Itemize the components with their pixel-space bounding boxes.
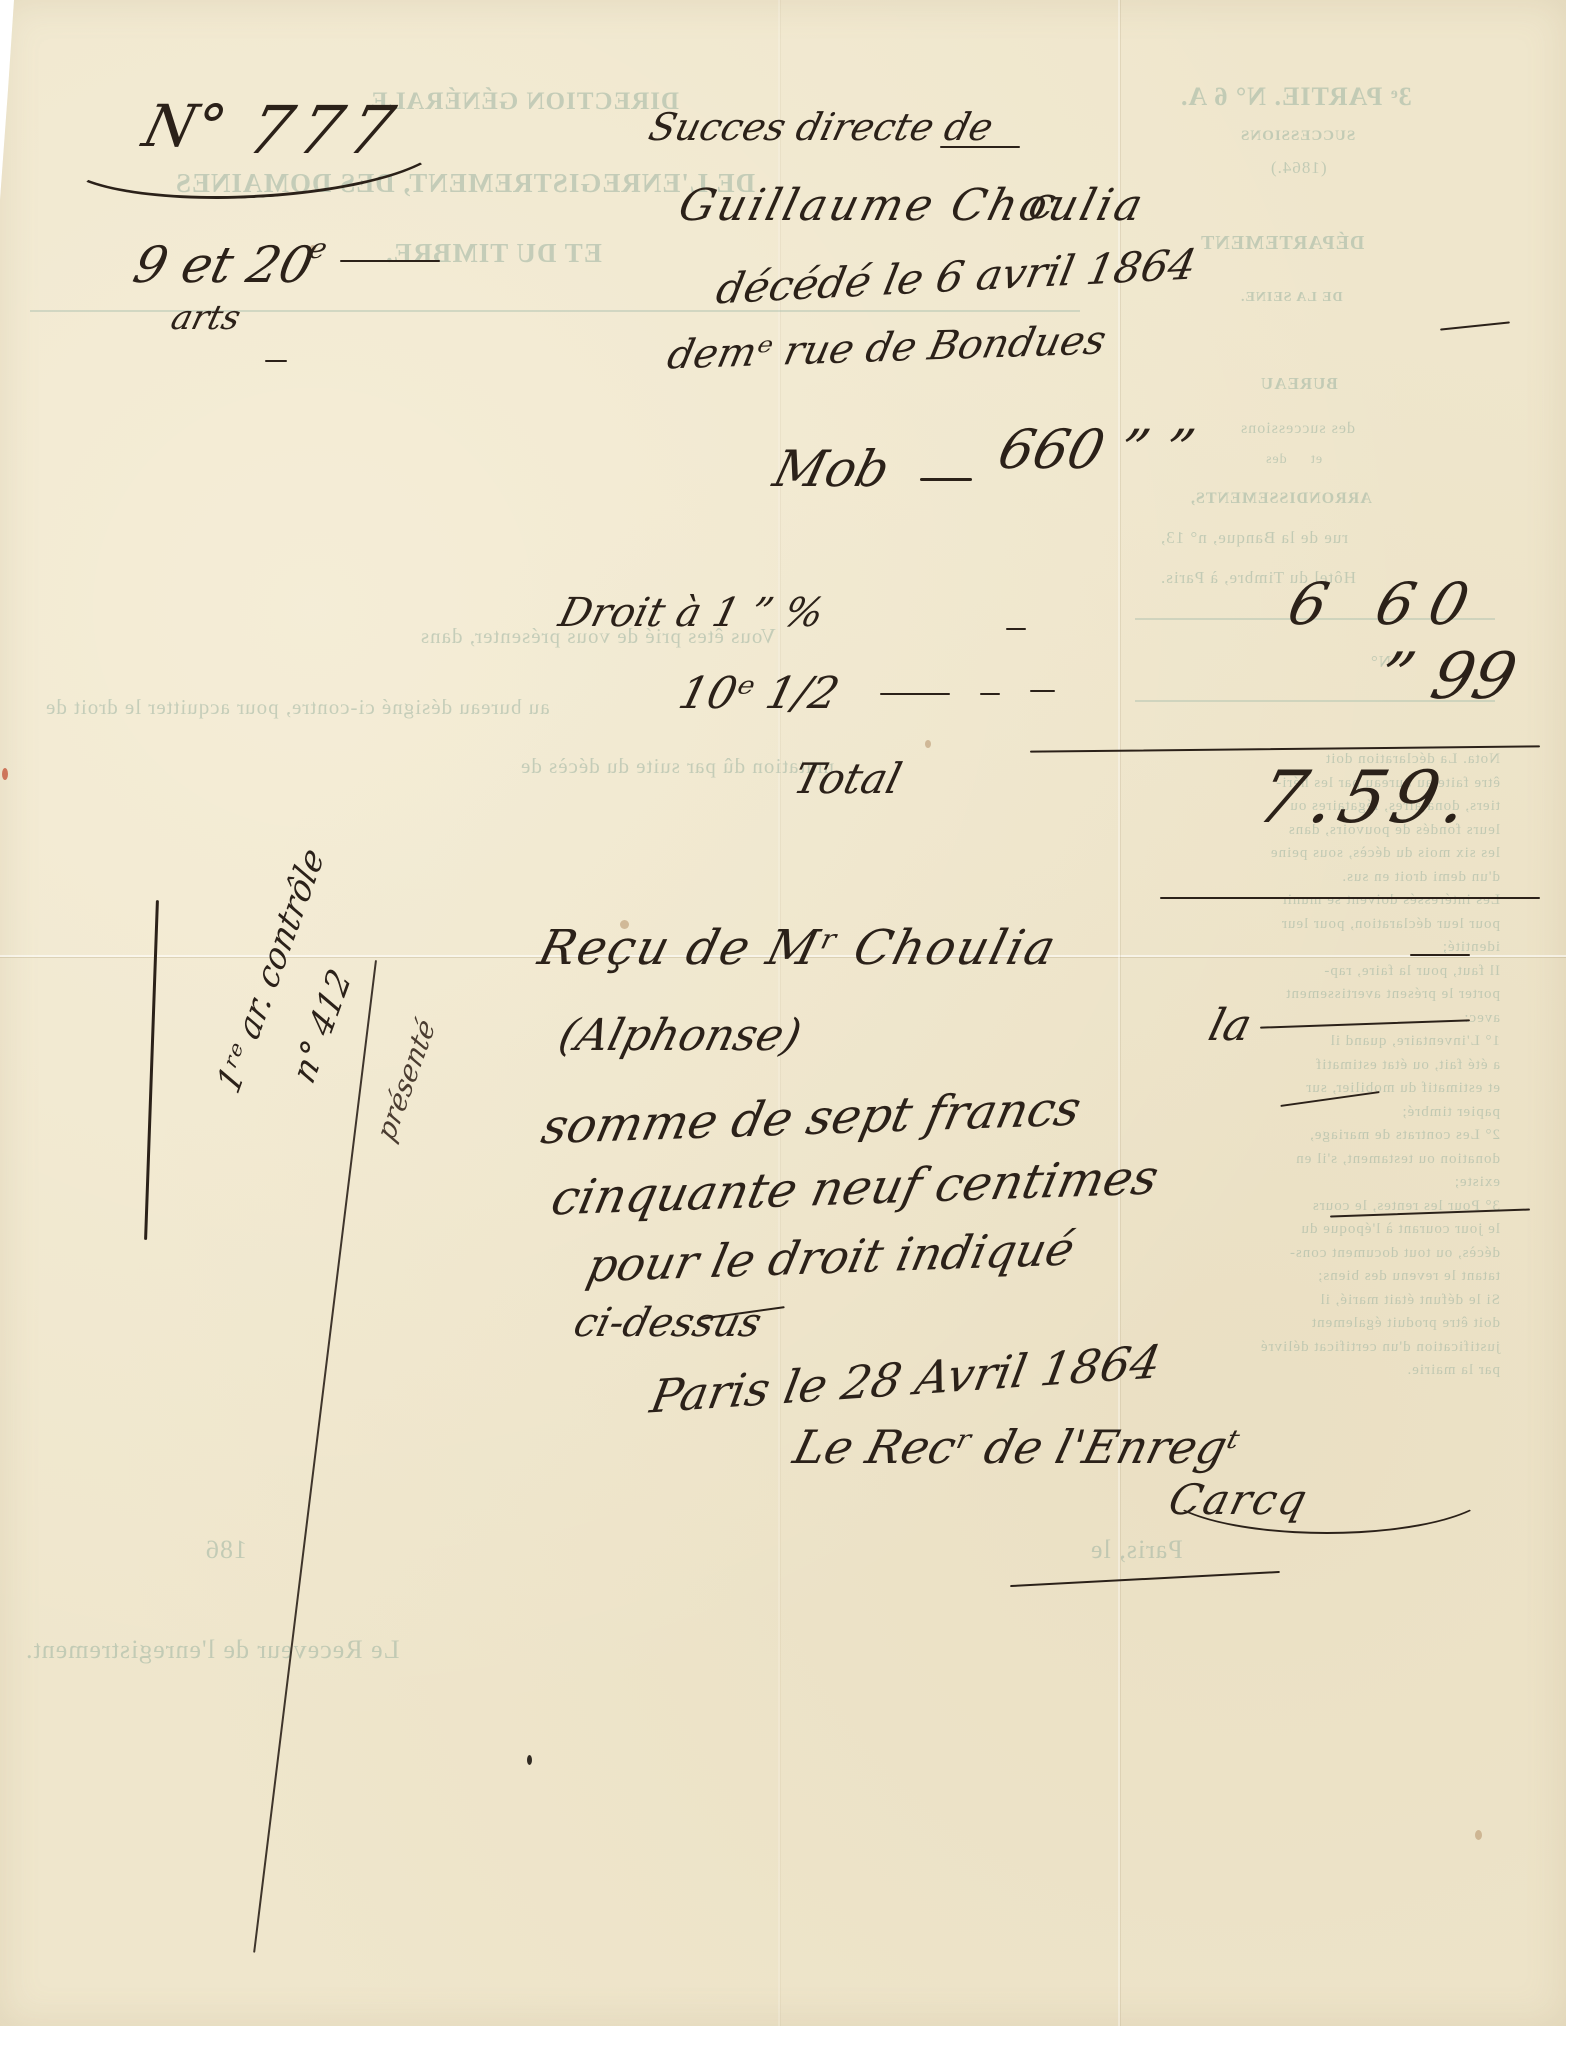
articles-underline — [265, 360, 287, 362]
bleed-note-line: le jour courant à l'époque du — [1125, 1218, 1500, 1242]
bleed-nota-text: Nota. La déclaration doit être faite au … — [1125, 748, 1500, 1383]
receipt-date: Paris le 28 Avril 1864 — [646, 1335, 1165, 1424]
signature-underline — [1010, 1571, 1280, 1587]
articles-unit: arts — [167, 298, 245, 338]
bleed-direction-generale: DIRECTION GÉNÉRALE — [370, 88, 679, 116]
bleed-nota-column: Nota. La déclaration doit être faite au … — [1125, 748, 1500, 1383]
bleed-seine: DE LA SEINE. — [1240, 290, 1343, 306]
heading-dash — [940, 146, 1020, 148]
bleed-des: des — [1265, 452, 1287, 468]
bleed-timbre: ET DU TIMBRE. — [385, 238, 602, 269]
bleed-note-line: tatant le revenu des biens; — [1125, 1265, 1500, 1289]
bleed-arrondissements: ARRONDISSEMENTS, — [1190, 490, 1372, 508]
bleed-note-line: par la mairie. — [1125, 1359, 1500, 1383]
paper-speck — [1475, 1830, 1482, 1840]
bleed-note-line: doit être produit également — [1125, 1312, 1500, 1336]
document-paper: DIRECTION GÉNÉRALE DE L'ENREGISTREMENT, … — [0, 0, 1566, 2026]
bleed-note-line: Il faut, pour la faire, rap- — [1125, 960, 1500, 984]
margin-long-stroke — [253, 960, 377, 1953]
bleed-note-line: Si le défunt était marié, il — [1125, 1289, 1500, 1313]
deceased-name: Guillaume Choulia — [674, 180, 1151, 231]
row-label-total: Total — [789, 754, 907, 803]
bleed-note-line: les six mois du décès, sous peine — [1125, 842, 1500, 866]
bleed-note-line: Les intéressés doivent se munir — [1125, 889, 1500, 913]
bleed-successions: SUCCESSIONS — [1240, 128, 1355, 145]
bleed-year-186: 186 — [205, 1535, 247, 1565]
total-rule-bottom — [1160, 897, 1540, 899]
bleed-partie: 3ᵉ PARTIE. N° 6 A. — [1180, 82, 1412, 112]
fold-crease-vertical — [1118, 0, 1120, 2026]
receipt-ci-dessus: ci-dessus — [569, 1300, 766, 1346]
ink-dot — [527, 1755, 532, 1765]
articles-numbers: 9 et 20 — [128, 236, 319, 294]
margin-note-line-2: n° 412 — [285, 962, 359, 1090]
receipt-dash — [1410, 954, 1470, 956]
bleed-note-line: d'un demi droit en sus. — [1125, 866, 1500, 890]
row-value-decimes: ” 99 — [1371, 640, 1524, 714]
bleed-note-line: a été fait, ou état estimatif — [1125, 1054, 1500, 1078]
bleed-mutation: mutation dû par suite du décès de — [520, 754, 834, 779]
bleed-rue-banque: rue de la Banque, n° 13, — [1160, 528, 1348, 548]
heading-line-succession: Succes directe de — [645, 105, 998, 149]
row-dash — [1006, 628, 1026, 630]
receipt-amount-words-2: cinquante neuf centimes — [547, 1150, 1164, 1227]
bleed-note-line: papier timbré; — [1125, 1101, 1500, 1125]
bleed-bureau: BUREAU — [1260, 374, 1338, 394]
bleed-note-line: pour leur déclaration, pour leur — [1125, 913, 1500, 937]
bleed-note-line: justification d'un certificat délivré — [1125, 1336, 1500, 1360]
paper-speck — [925, 740, 931, 748]
row-value-droit: 6 60 — [1282, 570, 1492, 638]
row-dash — [1030, 690, 1055, 692]
receipt-line-recu: Reçu de Mʳ Choulia — [533, 920, 1063, 976]
receipt-payer-firstname: (Alphonse) — [554, 1010, 807, 1061]
bleed-note-line: décès, ou tout document cons- — [1125, 1242, 1500, 1266]
receipt-amount-words-1: somme de sept francs — [537, 1081, 1086, 1156]
bleed-paris-le: Paris, le — [1090, 1535, 1183, 1565]
articles-dash — [340, 260, 440, 262]
death-date: décédé le 6 avril 1864 — [712, 240, 1200, 314]
domicile-address: demᵉ rue de Bondues — [663, 317, 1110, 378]
bleed-et: et — [1310, 452, 1322, 468]
bleed-note-line: et estimatif du mobilier, sur — [1125, 1077, 1500, 1101]
red-mark — [2, 768, 8, 780]
margin-note-line-3: présenté — [370, 1013, 442, 1147]
bleed-note-line: 2° Les contrats de mariage, — [1125, 1124, 1500, 1148]
row-value-mobilier: 660 ” ” — [992, 418, 1200, 481]
signature-flourish — [1160, 1440, 1494, 1534]
bleed-au-bureau: au bureau désigné ci-contre, pour acquit… — [45, 695, 550, 720]
row-dash — [880, 693, 950, 695]
row-label-droit: Droit à 1 ” % — [554, 590, 828, 636]
bleed-note-line: 1° L'inventaire, quand il — [1125, 1030, 1500, 1054]
receipt-purpose: pour le droit indiqué — [582, 1222, 1079, 1293]
row-label-mobilier: Mob — [768, 440, 896, 498]
bleed-note-line: porter le présent avertissement — [1125, 983, 1500, 1007]
row-dash — [920, 478, 972, 481]
margin-note-stroke — [144, 900, 159, 1240]
bleed-year: (1864.) — [1270, 158, 1327, 178]
row-label-decimes: 10ᵉ 1/2 — [674, 668, 845, 719]
bleed-note-line: 3° Pour les rentes, le cours — [1125, 1195, 1500, 1219]
bleed-departement: DÉPARTEMENT — [1200, 232, 1364, 255]
row-dash — [980, 693, 1000, 695]
bleed-note-line: donation ou testament, s'il en — [1125, 1148, 1500, 1172]
row-value-total: 7.59. — [1250, 755, 1484, 839]
bleed-note-line: existe; — [1125, 1171, 1500, 1195]
bleed-receveur: Le Receveur de l'enregistrement. — [25, 1635, 400, 1665]
bleed-des-successions: des successions — [1240, 420, 1355, 438]
address-dash — [1440, 321, 1510, 330]
